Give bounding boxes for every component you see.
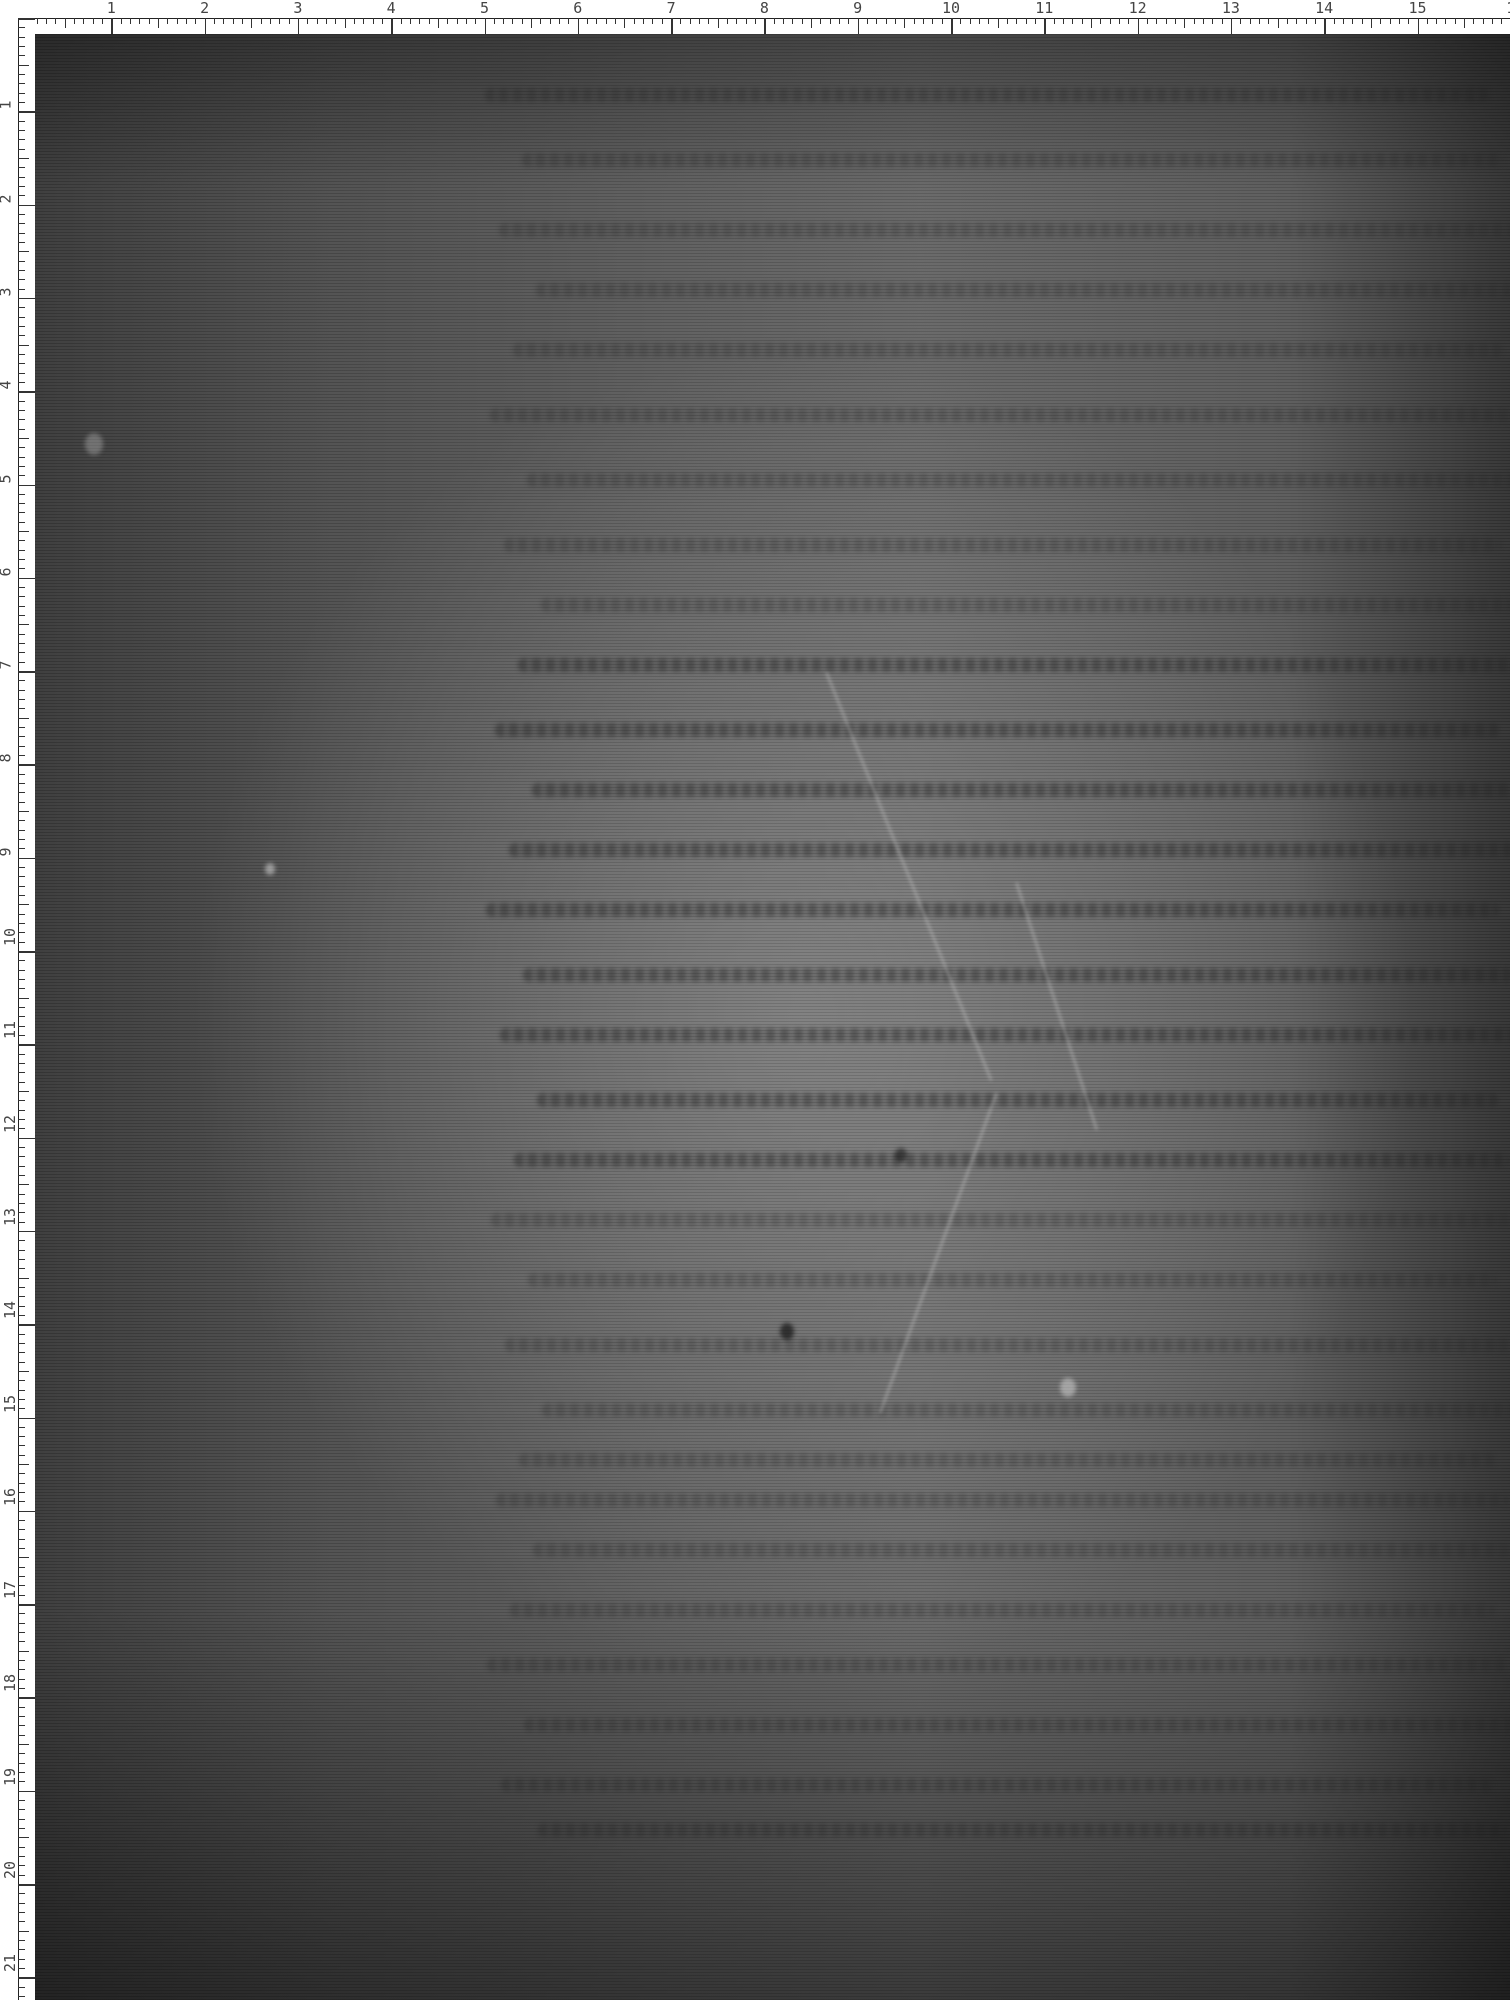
top-ruler-tick <box>1362 18 1363 24</box>
left-ruler-tick <box>18 1352 25 1353</box>
left-ruler-tick <box>18 1016 25 1017</box>
left-ruler-tick <box>18 1156 25 1157</box>
top-ruler-tick <box>1119 18 1120 24</box>
left-ruler-tick <box>18 1212 25 1213</box>
left-ruler-tick <box>18 485 35 487</box>
left-ruler-tick <box>18 550 25 551</box>
left-ruler-tick <box>18 923 25 924</box>
left-ruler-tick <box>18 1334 25 1335</box>
top-ruler-label: 5 <box>480 0 489 16</box>
top-ruler-tick <box>1016 18 1017 24</box>
top-ruler-tick <box>1371 18 1372 28</box>
left-ruler-tick <box>18 858 35 860</box>
left-ruler-tick <box>18 345 29 346</box>
top-ruler-tick <box>895 18 896 24</box>
left-ruler-tick <box>18 764 35 766</box>
top-ruler-label: 13 <box>1222 0 1240 16</box>
left-ruler-tick <box>18 1520 25 1521</box>
manuscript-text-line <box>509 843 1510 857</box>
left-ruler-tick <box>18 65 29 66</box>
left-ruler-tick <box>18 1296 25 1297</box>
top-ruler-tick <box>802 18 803 24</box>
left-ruler-tick <box>18 615 25 616</box>
top-ruler-tick <box>783 18 784 24</box>
manuscript-text-line <box>518 658 1510 672</box>
top-ruler-tick <box>1100 18 1101 24</box>
left-ruler-tick <box>18 447 25 448</box>
top-ruler-tick <box>979 18 980 24</box>
left-ruler-tick <box>18 811 29 812</box>
left-ruler-tick <box>18 1809 25 1810</box>
top-ruler-tick <box>1464 18 1465 28</box>
left-ruler-tick <box>18 1697 35 1699</box>
left-ruler-tick <box>18 1753 25 1754</box>
top-ruler-tick <box>261 18 262 24</box>
manuscript-text-line <box>510 1603 1495 1617</box>
top-ruler-tick <box>559 18 560 24</box>
left-ruler-tick <box>18 391 35 393</box>
top-ruler-tick <box>270 18 271 24</box>
top-ruler-tick <box>149 18 150 24</box>
top-ruler-tick <box>1026 18 1027 24</box>
top-ruler-tick <box>1436 18 1437 24</box>
top-ruler-tick <box>634 18 635 24</box>
left-ruler-tick <box>18 419 25 420</box>
left-ruler-tick <box>18 233 25 234</box>
left-ruler-tick <box>18 746 25 747</box>
left-ruler-label: 4 <box>0 381 14 390</box>
manuscript-text-line <box>532 783 1510 797</box>
left-ruler-tick <box>18 1912 25 1913</box>
top-ruler-tick <box>345 18 346 28</box>
left-ruler-tick <box>18 466 25 467</box>
left-ruler-label: 1 <box>0 101 14 110</box>
left-ruler-tick <box>18 1278 29 1279</box>
left-ruler-tick <box>18 1604 35 1606</box>
manuscript-text-line <box>485 88 1490 102</box>
left-ruler-tick <box>18 214 25 215</box>
top-ruler-tick <box>718 18 719 28</box>
left-ruler-tick <box>18 1287 25 1288</box>
scratch-mark <box>879 1093 998 1414</box>
left-ruler-tick <box>18 46 25 47</box>
manuscript-text-line <box>501 1778 1494 1792</box>
top-ruler-tick <box>1240 18 1241 24</box>
top-ruler-tick <box>1418 18 1420 34</box>
left-ruler-tick <box>18 690 25 691</box>
left-ruler-tick <box>18 1875 25 1876</box>
left-ruler-tick <box>18 326 25 327</box>
top-ruler-tick <box>466 18 467 24</box>
left-ruler-tick <box>18 1007 25 1008</box>
left-ruler-tick <box>18 177 25 178</box>
manuscript-text-line <box>487 1658 1508 1672</box>
top-ruler-tick <box>1054 18 1055 24</box>
left-ruler-tick <box>18 830 25 831</box>
left-ruler-tick <box>18 1688 25 1689</box>
top-ruler-label: 15 <box>1408 0 1426 16</box>
top-ruler-tick <box>410 18 411 24</box>
left-ruler-tick <box>18 1445 25 1446</box>
left-ruler-tick <box>18 1529 25 1530</box>
left-ruler-tick <box>18 457 25 458</box>
top-ruler-tick <box>1212 18 1213 24</box>
left-ruler-label: 19 <box>2 1768 18 1786</box>
top-ruler-tick <box>391 18 393 34</box>
top-ruler-tick <box>457 18 458 24</box>
left-ruler-label: 16 <box>2 1488 18 1506</box>
top-ruler-tick <box>1324 18 1326 34</box>
top-ruler-tick <box>279 18 280 24</box>
left-ruler-tick <box>18 139 25 140</box>
left-ruler-tick <box>18 335 25 336</box>
left-ruler-tick <box>18 1436 25 1437</box>
top-ruler-tick <box>522 18 523 24</box>
left-ruler-tick <box>18 1203 25 1204</box>
left-ruler-tick <box>18 652 25 653</box>
top-ruler-label: 12 <box>1129 0 1147 16</box>
left-ruler-tick <box>18 401 25 402</box>
top-ruler-tick <box>1334 18 1335 24</box>
manuscript-text-line <box>523 968 1510 982</box>
left-ruler-tick <box>18 1147 25 1148</box>
manuscript-text-line <box>513 343 1502 357</box>
left-ruler-tick <box>18 1781 25 1782</box>
top-ruler-tick <box>326 18 327 24</box>
top-ruler-tick <box>37 18 38 24</box>
left-ruler-label: 5 <box>0 474 14 483</box>
left-ruler-tick <box>18 624 29 625</box>
top-ruler-tick <box>531 18 532 28</box>
left-ruler-tick <box>18 1791 35 1793</box>
left-ruler-tick <box>18 1166 25 1167</box>
left-ruler-tick <box>18 662 25 663</box>
top-ruler-tick <box>438 18 439 28</box>
left-ruler-tick <box>18 102 25 103</box>
top-ruler-tick <box>1455 18 1456 24</box>
top-ruler-tick <box>1483 18 1484 24</box>
top-ruler-tick <box>167 18 168 24</box>
top-ruler-tick <box>1156 18 1157 24</box>
left-ruler-tick <box>18 1660 25 1661</box>
left-ruler-tick <box>18 74 25 75</box>
manuscript-text-line <box>533 1543 1510 1557</box>
top-ruler-tick <box>540 18 541 24</box>
left-ruler-tick <box>18 886 25 887</box>
top-ruler-tick <box>494 18 495 24</box>
manuscript-text-line <box>536 283 1510 297</box>
spot-mark <box>1060 1378 1076 1397</box>
left-ruler-tick <box>18 1511 35 1513</box>
left-ruler-tick <box>18 475 25 476</box>
top-ruler-tick <box>867 18 868 24</box>
manuscript-text-line <box>522 153 1503 167</box>
left-ruler-tick <box>18 1856 25 1857</box>
left-ruler-label: 11 <box>2 1021 18 1039</box>
left-ruler-tick <box>18 606 25 607</box>
left-ruler-tick <box>18 839 25 840</box>
left-ruler-tick <box>18 634 25 635</box>
left-ruler-tick <box>18 167 25 168</box>
top-ruler-tick <box>1250 18 1251 24</box>
top-ruler-tick <box>988 18 989 24</box>
left-ruler-tick <box>18 1268 25 1269</box>
left-ruler-tick <box>18 1492 25 1493</box>
left-ruler-label: 18 <box>2 1674 18 1692</box>
top-ruler-tick <box>652 18 653 24</box>
top-ruler-tick <box>932 18 933 24</box>
left-ruler-tick <box>18 279 25 280</box>
left-ruler-tick <box>18 317 25 318</box>
manuscript-text-line <box>500 1028 1510 1042</box>
spot-mark <box>265 863 275 875</box>
top-ruler-tick <box>251 18 252 28</box>
top-ruler-tick <box>960 18 961 24</box>
top-ruler-tick <box>1296 18 1297 24</box>
left-ruler-tick <box>18 1240 25 1241</box>
top-ruler-tick <box>307 18 308 24</box>
left-ruler-baseline <box>18 18 19 2000</box>
top-ruler-tick <box>998 18 999 28</box>
left-ruler-tick <box>18 1315 25 1316</box>
top-ruler-tick <box>858 18 860 34</box>
top-ruler-tick <box>830 18 831 24</box>
left-ruler-tick <box>18 914 25 915</box>
left-ruler-tick <box>18 149 25 150</box>
top-ruler-tick <box>1352 18 1353 24</box>
left-ruler-tick <box>18 1473 25 1474</box>
left-ruler-tick <box>18 1735 25 1736</box>
top-ruler-tick <box>1194 18 1195 24</box>
top-ruler-tick <box>699 18 700 24</box>
left-ruler-tick <box>18 1184 29 1185</box>
top-ruler-tick <box>970 18 971 24</box>
left-ruler-tick <box>18 83 25 84</box>
left-ruler-tick <box>18 802 25 803</box>
top-ruler-tick <box>74 18 75 24</box>
left-ruler-tick <box>18 251 29 252</box>
top-ruler-label: 3 <box>293 0 302 16</box>
left-ruler-tick <box>18 1035 25 1036</box>
top-ruler-tick <box>65 18 66 28</box>
top-ruler-tick <box>55 18 56 24</box>
left-ruler-tick <box>18 1222 25 1223</box>
left-ruler-tick <box>18 1828 25 1829</box>
top-ruler-tick <box>1007 18 1008 24</box>
manuscript-text-line <box>524 1718 1510 1732</box>
left-ruler-tick <box>18 261 25 262</box>
manuscript-text-line <box>528 1273 1497 1287</box>
left-ruler-label: 21 <box>2 1954 18 1972</box>
top-ruler-tick <box>811 18 812 28</box>
left-ruler-label: 10 <box>2 928 18 946</box>
top-ruler-tick <box>1343 18 1344 24</box>
left-ruler-tick <box>18 270 25 271</box>
left-ruler-tick <box>18 848 25 849</box>
left-ruler-tick <box>18 1576 25 1577</box>
manuscript-text-line <box>537 1093 1498 1107</box>
left-ruler-tick <box>18 1548 25 1549</box>
manuscript-text-line <box>504 538 1501 552</box>
left-ruler-tick <box>18 1539 25 1540</box>
top-ruler-tick <box>1278 18 1279 28</box>
manuscript-text-line <box>499 223 1510 237</box>
left-ruler-tick <box>18 410 25 411</box>
top-ruler-tick <box>680 18 681 24</box>
left-ruler-label: 8 <box>0 754 14 763</box>
top-ruler-tick <box>876 18 877 24</box>
scratch-mark <box>1015 882 1098 1130</box>
top-ruler-tick <box>298 18 300 34</box>
top-ruler-tick <box>578 18 580 34</box>
left-ruler-tick <box>18 1054 25 1055</box>
top-ruler-tick <box>755 18 756 24</box>
top-ruler-label: 9 <box>853 0 862 16</box>
left-ruler-tick <box>18 1837 29 1838</box>
left-ruler-tick <box>18 1371 29 1372</box>
left-ruler-tick <box>18 1091 29 1092</box>
scratch-mark <box>825 672 993 1081</box>
left-ruler-tick <box>18 531 29 532</box>
left-ruler-label: 15 <box>2 1394 18 1412</box>
left-ruler-tick <box>18 429 25 430</box>
top-ruler-tick <box>662 18 663 24</box>
top-ruler-tick <box>624 18 625 28</box>
top-ruler-tick <box>568 18 569 24</box>
left-ruler-tick <box>18 1623 25 1624</box>
left-ruler-tick <box>18 867 25 868</box>
left-ruler-tick <box>18 1977 35 1979</box>
top-ruler-tick <box>746 18 747 24</box>
top-ruler-tick <box>1473 18 1474 24</box>
left-ruler-tick <box>18 1968 25 1969</box>
top-ruler-tick <box>289 18 290 24</box>
top-ruler-label: 1 <box>1506 0 1510 16</box>
top-ruler-tick <box>401 18 402 24</box>
left-ruler-tick <box>18 373 25 374</box>
left-ruler-tick <box>18 792 25 793</box>
left-ruler-label: 9 <box>0 847 14 856</box>
top-ruler-tick <box>914 18 915 24</box>
left-ruler-tick <box>18 1100 25 1101</box>
top-ruler-tick <box>447 18 448 24</box>
top-ruler-tick <box>942 18 943 24</box>
left-ruler-label: 6 <box>0 567 14 576</box>
left-ruler-tick <box>18 587 25 588</box>
top-ruler-tick <box>214 18 215 24</box>
left-ruler-tick <box>18 130 25 131</box>
top-ruler-label: 10 <box>942 0 960 16</box>
left-ruler-tick <box>18 1959 25 1960</box>
left-ruler-tick <box>18 559 25 560</box>
left-ruler-tick <box>18 1231 35 1233</box>
top-ruler-tick <box>1175 18 1176 24</box>
top-ruler-tick <box>1287 18 1288 24</box>
left-ruler-tick <box>18 1427 25 1428</box>
top-ruler-tick <box>317 18 318 24</box>
top-ruler-tick <box>1184 18 1185 28</box>
left-ruler-tick <box>18 1138 35 1140</box>
left-ruler-tick <box>18 186 25 187</box>
top-ruler-tick <box>1110 18 1111 24</box>
top-ruler-tick <box>839 18 840 24</box>
top-ruler-tick <box>690 18 691 24</box>
left-ruler-tick <box>18 1455 25 1456</box>
top-ruler-tick <box>1044 18 1046 34</box>
left-ruler: 123456789101112131415161718192021 <box>0 0 35 2000</box>
top-ruler-tick <box>503 18 504 24</box>
left-ruler-tick <box>18 1613 25 1614</box>
top-ruler-tick <box>671 18 673 34</box>
manuscript-text-line <box>496 1493 1509 1507</box>
left-ruler-tick <box>18 1921 25 1922</box>
manuscript-text-line <box>542 1403 1510 1417</box>
manuscript-text-line <box>495 723 1500 737</box>
top-ruler-tick <box>102 18 103 24</box>
left-ruler-label: 7 <box>0 661 14 670</box>
top-ruler-tick <box>1128 18 1129 24</box>
left-ruler-tick <box>18 568 25 569</box>
top-ruler-tick <box>1138 18 1140 34</box>
left-ruler-tick <box>18 1380 25 1381</box>
left-ruler-tick <box>18 1725 25 1726</box>
left-ruler-tick <box>18 111 35 113</box>
left-ruler-tick <box>18 1324 35 1326</box>
left-ruler-tick <box>18 307 25 308</box>
top-ruler-tick <box>1082 18 1083 24</box>
top-ruler-tick <box>708 18 709 24</box>
top-ruler-tick <box>429 18 430 24</box>
top-ruler-tick <box>643 18 644 24</box>
left-ruler-tick <box>18 1800 25 1801</box>
left-ruler-tick <box>18 1063 25 1064</box>
left-ruler-tick <box>18 904 29 905</box>
left-ruler-tick <box>18 1119 25 1120</box>
manuscript-text-line <box>486 903 1499 917</box>
top-ruler: 01234567891011121314151 <box>0 0 1510 34</box>
left-ruler-tick <box>18 1110 25 1111</box>
left-ruler-tick <box>18 998 29 999</box>
left-ruler-tick <box>18 1940 25 1941</box>
top-ruler-label: 1 <box>107 0 116 16</box>
top-ruler-tick <box>1501 18 1502 24</box>
left-ruler-tick <box>18 242 25 243</box>
top-ruler-tick <box>1259 18 1260 24</box>
top-ruler-label: 4 <box>387 0 396 16</box>
left-ruler-tick <box>18 942 25 943</box>
left-ruler-tick <box>18 1669 25 1670</box>
left-ruler-tick <box>18 1128 25 1129</box>
left-ruler-label: 12 <box>2 1115 18 1133</box>
left-ruler-tick <box>18 1194 25 1195</box>
top-ruler-tick <box>512 18 513 24</box>
top-ruler-tick <box>382 18 383 24</box>
top-ruler-tick <box>475 18 476 24</box>
left-ruler-tick <box>18 195 25 196</box>
left-ruler-label: 17 <box>2 1581 18 1599</box>
left-ruler-tick <box>18 540 25 541</box>
top-ruler-tick <box>550 18 551 24</box>
spot-mark <box>780 1323 794 1340</box>
left-ruler-tick <box>18 783 25 784</box>
top-ruler-tick <box>186 18 187 24</box>
left-ruler-tick <box>18 522 25 523</box>
top-ruler-tick <box>1166 18 1167 24</box>
top-ruler-tick <box>764 18 766 34</box>
top-ruler-tick <box>1231 18 1233 34</box>
left-ruler-tick <box>18 1819 25 1820</box>
spot-mark <box>895 1148 907 1162</box>
